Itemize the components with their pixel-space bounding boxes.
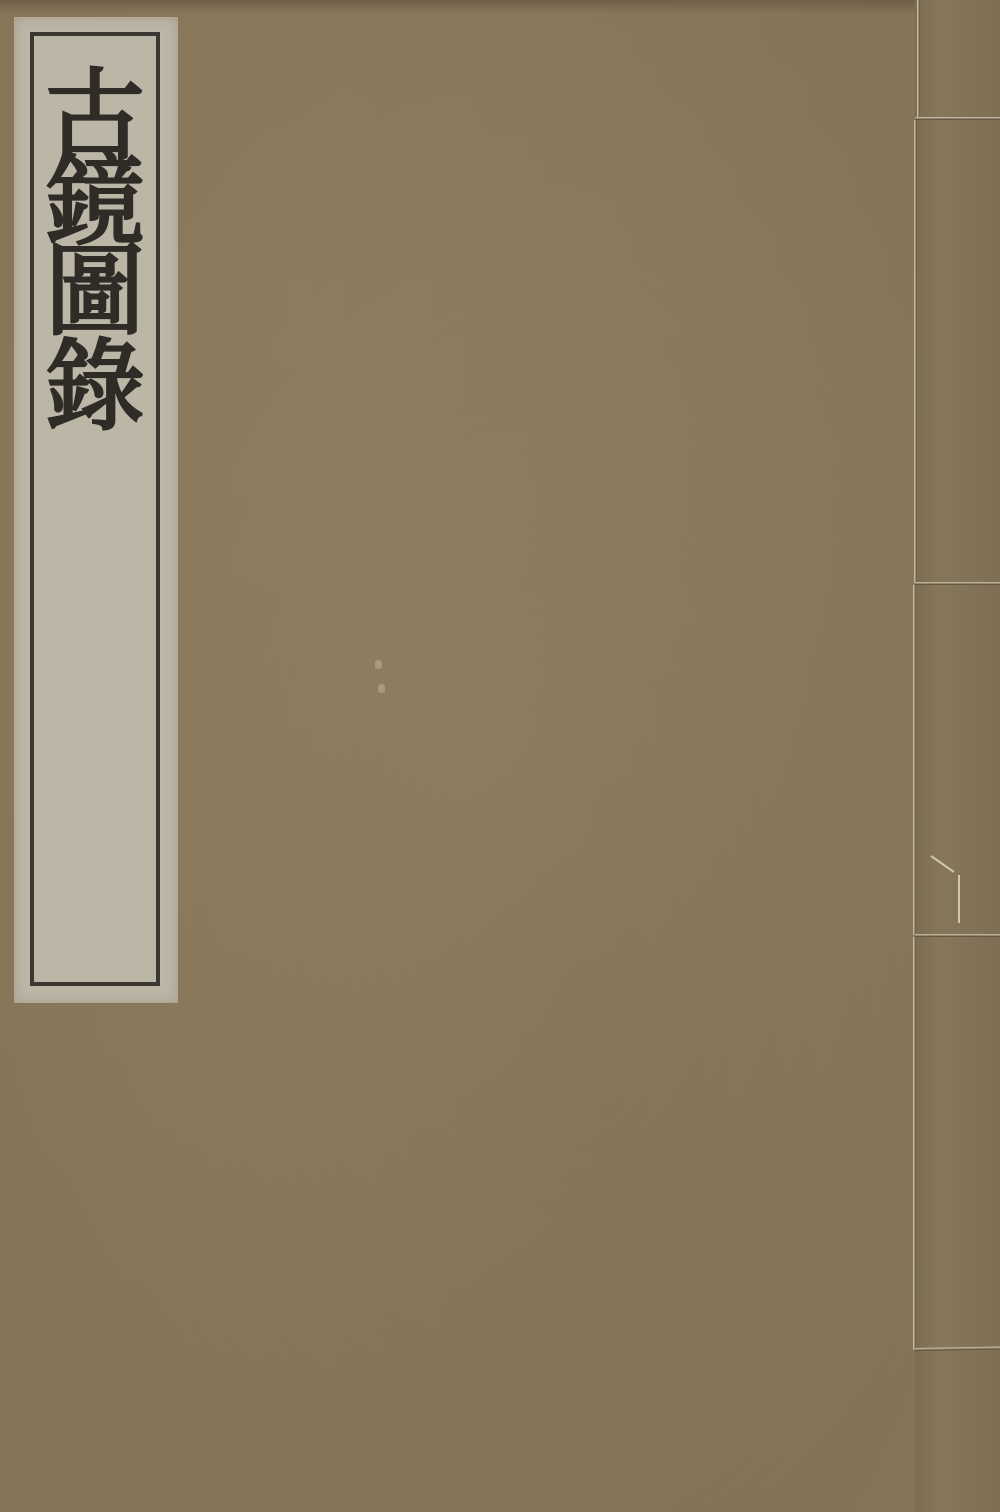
top-edge-shadow bbox=[0, 0, 1000, 14]
title-char-4: 錄 bbox=[34, 336, 156, 436]
spine-strip bbox=[915, 0, 1000, 1512]
title-label-slip: 古 鏡 圖 錄 bbox=[14, 17, 178, 1003]
binding-thread-vertical-3 bbox=[913, 585, 916, 935]
cover-blemish bbox=[378, 684, 385, 693]
title-char-3: 圖 bbox=[34, 241, 156, 341]
binding-thread-vertical-4 bbox=[913, 937, 916, 1350]
binding-thread-vertical-2 bbox=[914, 120, 917, 583]
binding-thread-vertical-1 bbox=[917, 0, 920, 118]
book-cover: 古 鏡 圖 錄 bbox=[0, 0, 1000, 1512]
title-label-frame: 古 鏡 圖 錄 bbox=[30, 32, 160, 986]
loose-thread bbox=[958, 875, 960, 923]
binding-stitch-3 bbox=[915, 934, 1000, 937]
binding-stitch-2 bbox=[915, 582, 1000, 585]
binding-stitch-1 bbox=[915, 117, 1000, 120]
cover-blemish bbox=[375, 660, 382, 669]
